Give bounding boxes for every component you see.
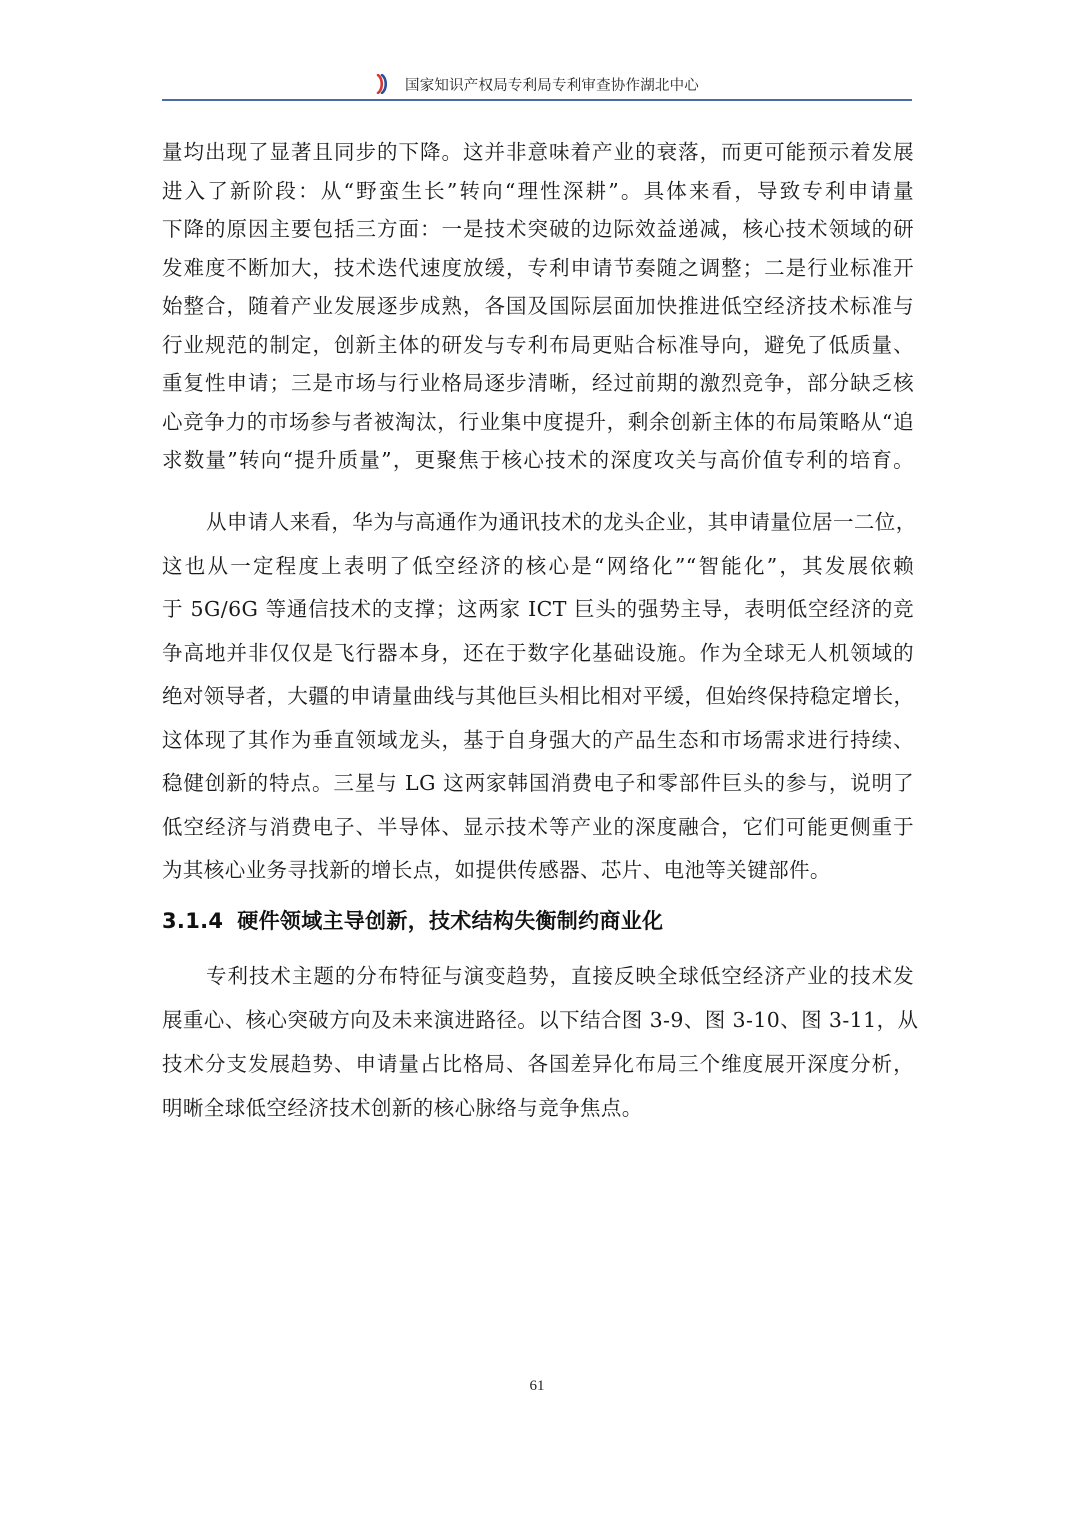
text-line: 这体现了其作为垂直领域龙头，基于自身强大的产品生态和市场需求进行持续、 xyxy=(162,721,914,759)
text-line: 从申请人来看，华为与高通作为通讯技术的龙头企业，其申请量位居一二位， xyxy=(162,503,914,541)
page-number: 61 xyxy=(0,1378,1074,1395)
text-line: 低空经济与消费电子、半导体、显示技术等产业的深度融合，它们可能更侧重于 xyxy=(162,808,914,846)
text-line: 行业规范的制定，创新主体的研发与专利布局更贴合标准导向，避免了低质量、 xyxy=(162,326,914,364)
text-line: 发难度不断加大，技术迭代速度放缓，专利申请节奏随之调整；二是行业标准开 xyxy=(162,249,914,287)
text-line: 技术分支发展趋势、申请量占比格局、各国差异化布局三个维度展开深度分析， xyxy=(162,1045,914,1083)
text-line: 量均出现了显著且同步的下降。这并非意味着产业的衰落，而更可能预示着发展 xyxy=(162,133,914,171)
section-heading: 3.1.4硬件领域主导创新，技术结构失衡制约商业化 xyxy=(162,905,663,935)
text-line: 争高地并非仅仅是飞行器本身，还在于数字化基础设施。作为全球无人机领域的 xyxy=(162,634,914,672)
text-line: 下降的原因主要包括三方面：一是技术突破的边际效益递减，核心技术领域的研 xyxy=(162,210,914,248)
text-line: 展重心、核心突破方向及未来演进路径。以下结合图 3-9、图 3-10、图 3-1… xyxy=(162,1001,914,1039)
text-line: 进入了新阶段：从“野蛮生长”转向“理性深耕”。具体来看，导致专利申请量 xyxy=(162,172,914,210)
institution-logo-icon xyxy=(375,74,389,94)
header-title: 国家知识产权局专利局专利审查协作湖北中心 xyxy=(405,78,699,94)
text-line: 于 5G/6G 等通信技术的支撑；这两家 ICT 巨头的强势主导，表明低空经济的… xyxy=(162,590,914,628)
text-line: 稳健创新的特点。三星与 LG 这两家韩国消费电子和零部件巨头的参与，说明了 xyxy=(162,764,914,802)
text-line: 明晰全球低空经济技术创新的核心脉络与竞争焦点。 xyxy=(162,1089,914,1127)
running-header: 国家知识产权局专利局专利审查协作湖北中心 xyxy=(162,70,912,101)
text-line: 心竞争力的市场参与者被淘汰，行业集中度提升，剩余创新主体的布局策略从“追 xyxy=(162,403,914,441)
text-line: 重复性申请；三是市场与行业格局逐步清晰，经过前期的激烈竞争，部分缺乏核 xyxy=(162,364,914,402)
header-divider xyxy=(162,99,912,101)
text-line: 求数量”转向“提升质量”，更聚焦于核心技术的深度攻关与高价值专利的培育。 xyxy=(162,441,914,479)
section-title: 硬件领域主导创新，技术结构失衡制约商业化 xyxy=(237,909,663,933)
text-line: 专利技术主题的分布特征与演变趋势，直接反映全球低空经济产业的技术发 xyxy=(162,957,914,995)
text-line: 为其核心业务寻找新的增长点，如提供传感器、芯片、电池等关键部件。 xyxy=(162,851,914,889)
text-line: 绝对领导者，大疆的申请量曲线与其他巨头相比相对平缓，但始终保持稳定增长， xyxy=(162,677,914,715)
section-number: 3.1.4 xyxy=(162,909,223,933)
text-line: 始整合，随着产业发展逐步成熟，各国及国际层面加快推进低空经济技术标准与 xyxy=(162,287,914,325)
text-line: 这也从一定程度上表明了低空经济的核心是“网络化”“智能化”，其发展依赖 xyxy=(162,547,914,585)
